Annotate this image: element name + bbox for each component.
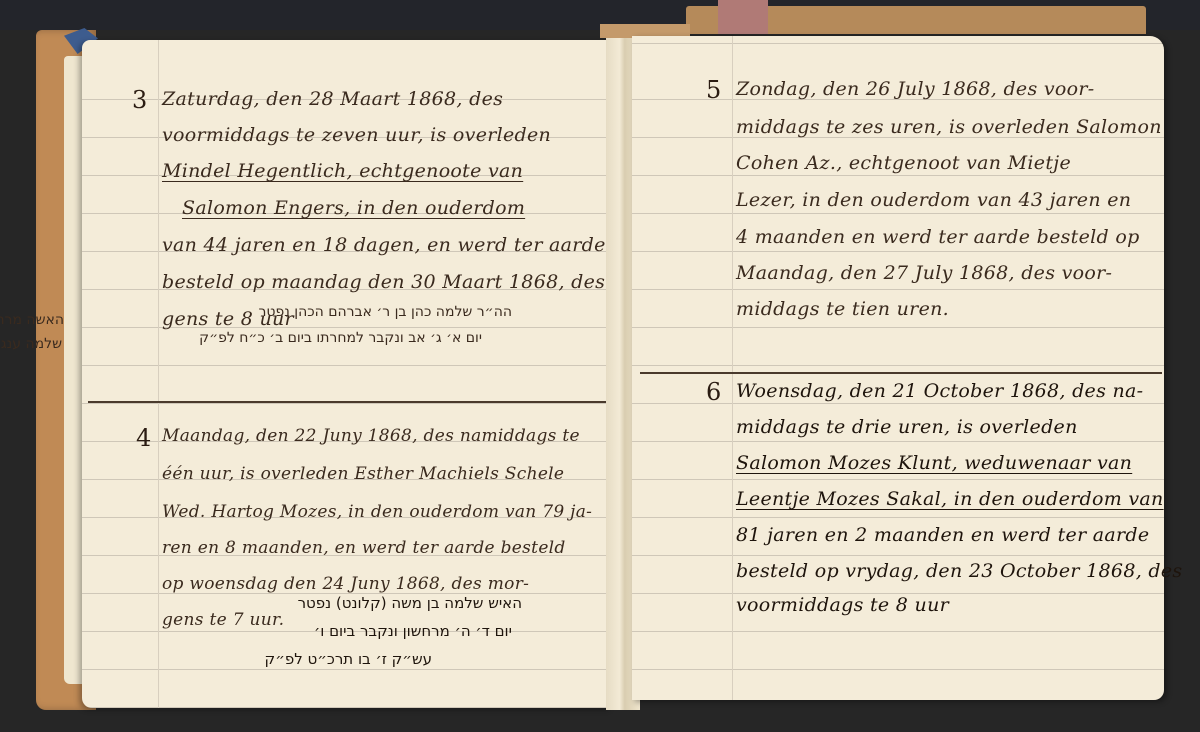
entry-line: 81 jaren en 2 maanden en werd ter aarde [736,524,1149,546]
margin-rule [158,40,159,708]
bookmark-ribbon [718,0,768,34]
entry-line: middags te tien uren. [736,298,949,320]
entry-number: 6 [706,378,721,406]
entry-line-deceased: Salomon Mozes Klunt, weduwenaar van [736,452,1132,474]
entry-line: middags te zes uren, is overleden Salomo… [736,116,1162,138]
entry-line: van 44 jaren en 18 dagen, en werd ter aa… [162,234,606,256]
hebrew-annotation: האשה מרת מינדעל בת אלכסנדר – היגענטליך –… [0,312,64,328]
hebrew-annotation: האיש שלמה בן משה (קלונט) נפטר [298,594,522,612]
entry-line: Maandag, den 22 Juny 1868, des namiddags… [162,426,580,446]
entry-line: één uur, is overleden Esther Machiels Sc… [162,464,564,484]
entry-line: Zondag, den 26 July 1868, des voor- [736,78,1094,100]
entry-line-deceased: Mindel Hegentlich, echtgenoote van [162,160,523,182]
right-page: 5 Zondag, den 26 July 1868, des voor- mi… [632,36,1164,700]
entry-number: 3 [132,86,147,114]
entry-line: Zaturdag, den 28 Maart 1868, des [162,88,503,110]
entry-number: 5 [706,76,721,104]
margin-rule [732,36,733,700]
entry-line: ren en 8 maanden, en werd ter aarde best… [162,538,566,558]
entry-line: voormiddags te 8 uur [736,594,949,616]
entry-line: Cohen Az., echtgenoot van Mietje [736,152,1071,174]
entry-line: middags te drie uren, is overleden [736,416,1078,438]
hebrew-annotation: הה״ר שלמה כהן בן ר׳ אברהם הכהן נפטר [258,304,512,320]
entry-line: besteld op vrydag, den 23 October 1868, … [736,560,1182,582]
hebrew-annotation: שלמה ענגערס נפטרת בלקח ולש״ך ה׳ ויקרא [0,336,62,352]
entry-line-spouse: Salomon Engers, in den ouderdom [182,197,525,219]
entry-line: 4 maanden en werd ter aarde besteld op [736,226,1140,248]
entry-number: 4 [136,424,151,452]
entry-line: gens te 7 uur. [162,610,284,630]
entry-line: Maandag, den 27 July 1868, des voor- [736,262,1112,284]
entry-divider [640,372,1162,374]
hebrew-annotation: יום א׳ ג׳ אב ונקבר למחרתו ביום ב׳ כ״ח לפ… [199,330,482,346]
entry-line: op woensdag den 24 Juny 1868, des mor- [162,574,529,594]
hebrew-annotation: יום ד׳ ה׳ מרחשון ונקבר ביום ו׳ [314,622,512,640]
entry-line: besteld op maandag den 30 Maart 1868, de… [162,271,658,293]
entry-line-spouse: Leentje Mozes Sakal, in den ouderdom van [736,488,1164,510]
entry-line: voormiddags te zeven uur, is overleden [162,124,551,146]
entry-line: Wed. Hartog Mozes, in den ouderdom van 7… [162,502,592,522]
hebrew-annotation: עש״ק ז׳ בו תרכ״ט לפ״ק [265,650,432,668]
entry-line: Lezer, in den ouderdom van 43 jaren en [736,189,1131,211]
entry-line: Woensdag, den 21 October 1868, des na- [736,380,1143,402]
entry-divider [88,401,608,403]
